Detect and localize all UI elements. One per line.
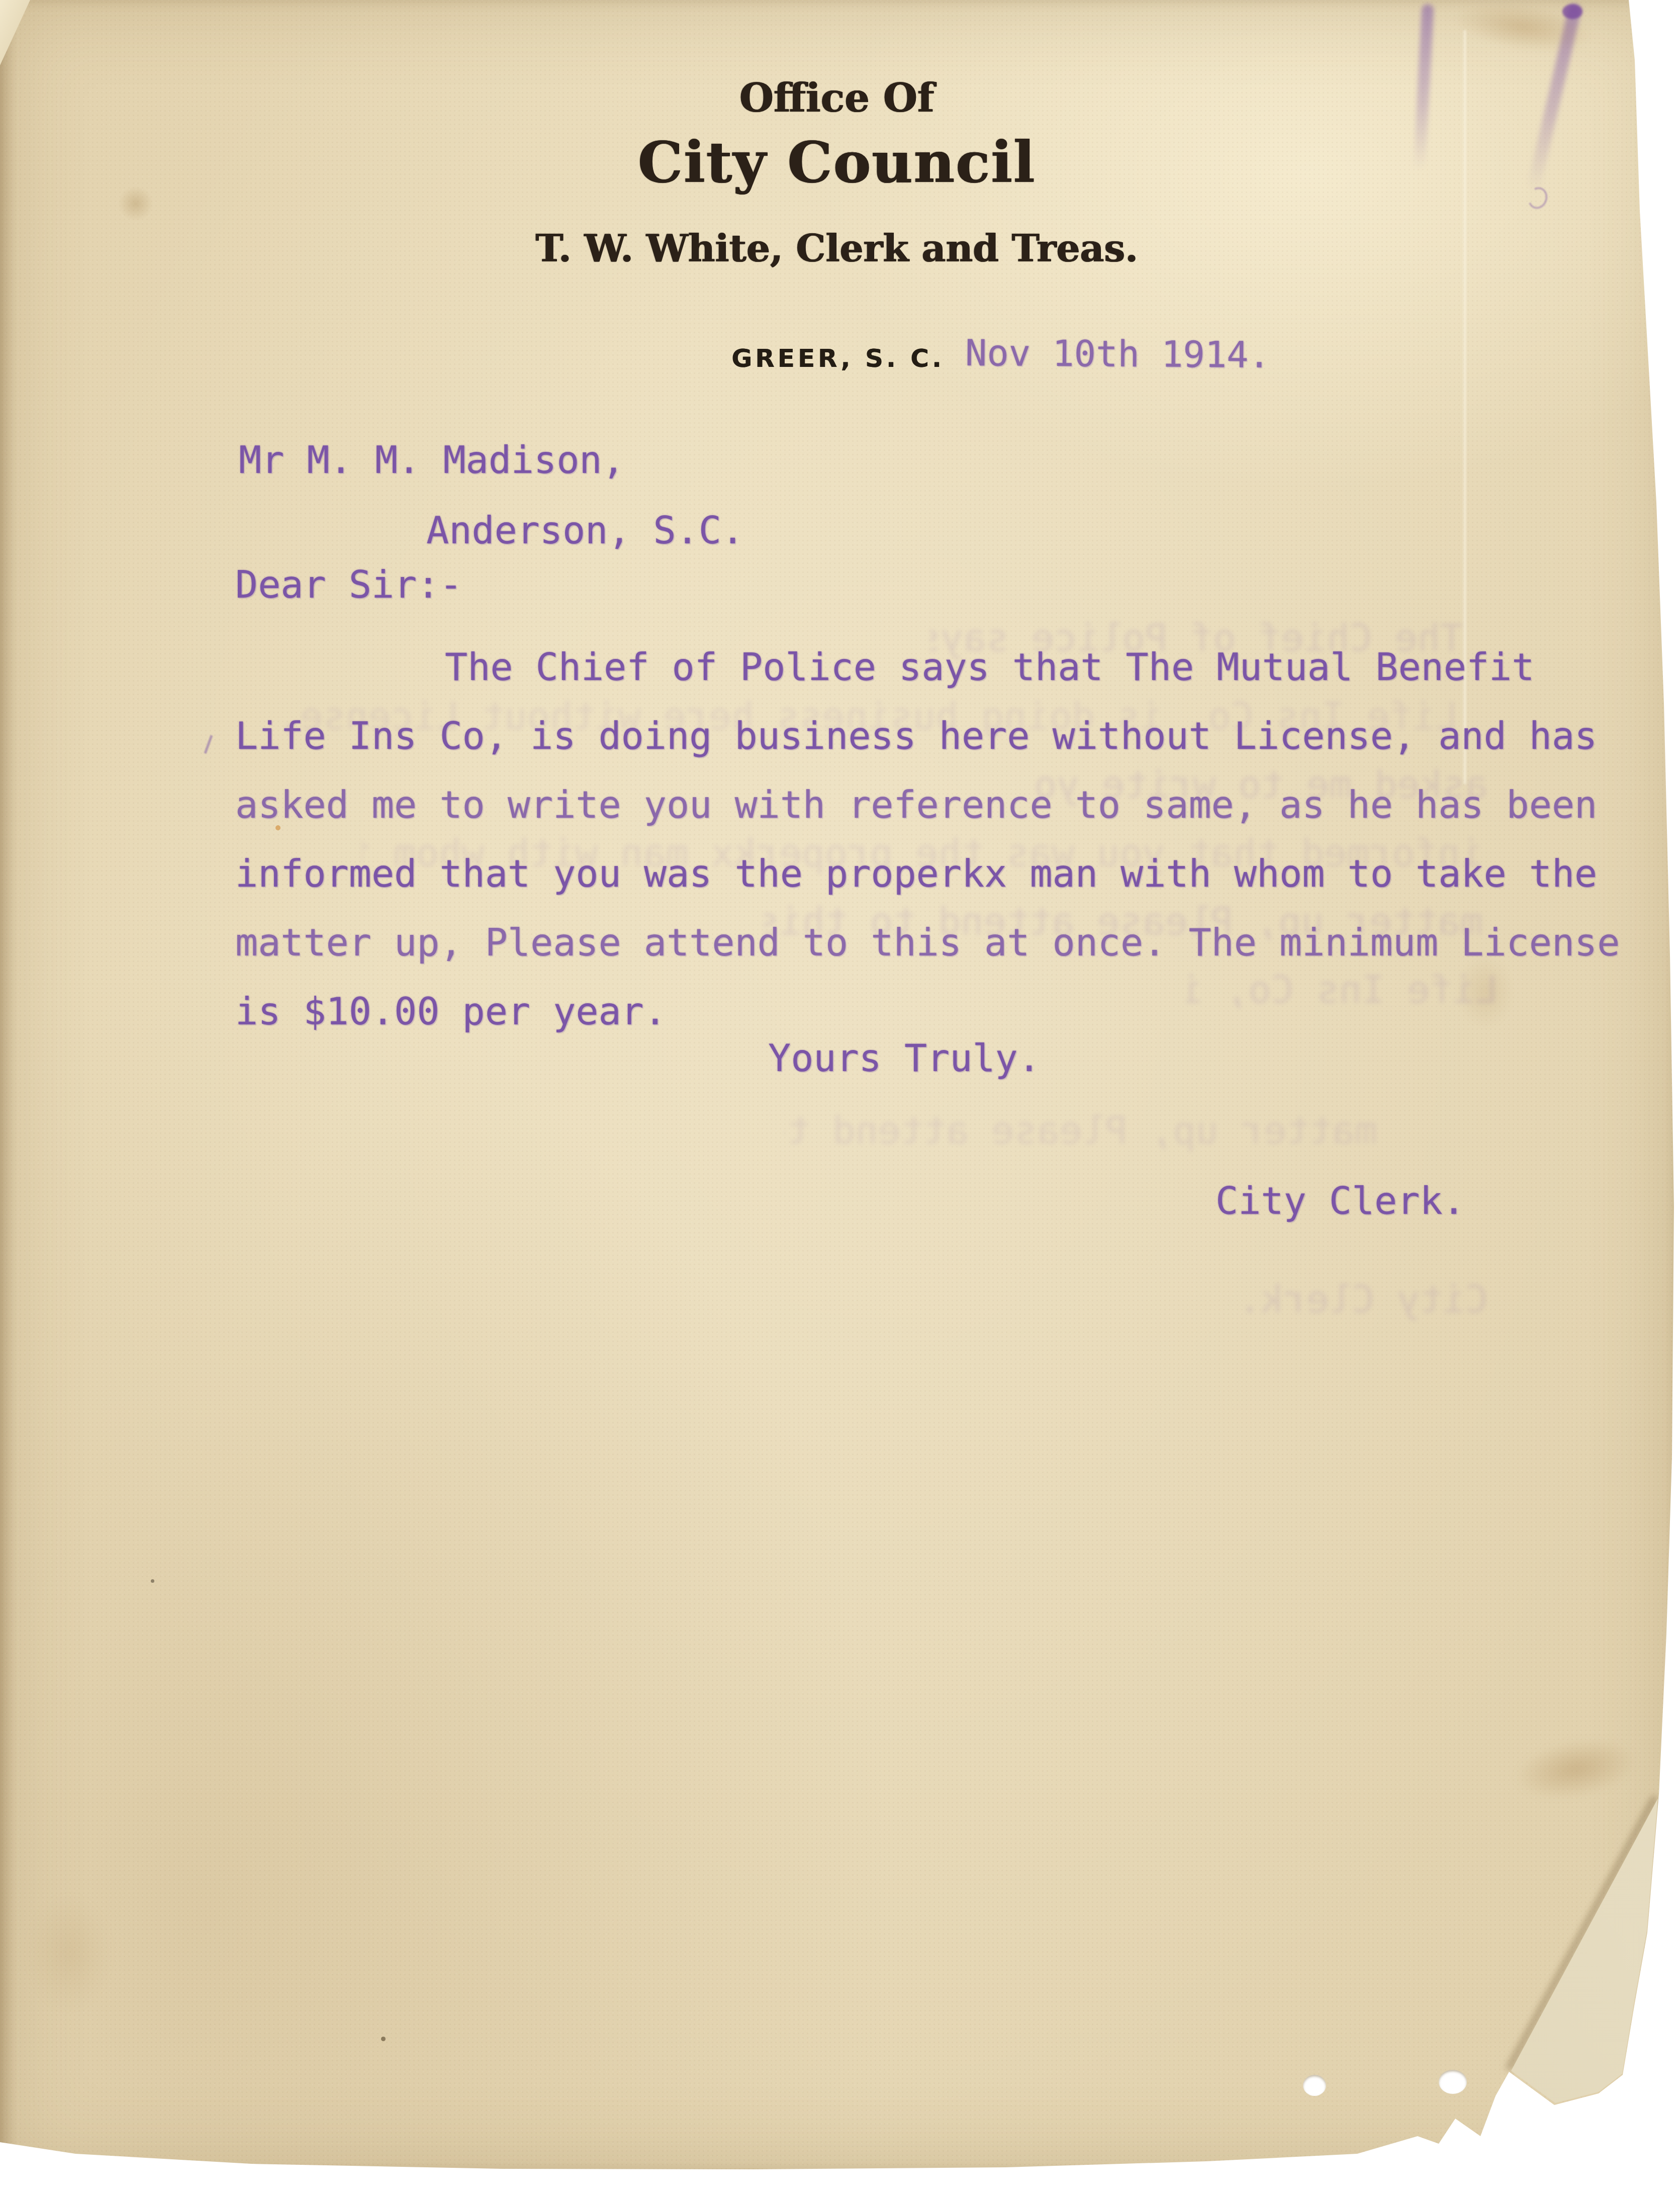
- body-line: asked me to write you with reference to …: [235, 786, 1597, 824]
- body-line: matter up, Please attend to this at once…: [235, 924, 1620, 962]
- recipient-address: Anderson, S.C.: [426, 512, 744, 549]
- letterhead-officer-line: T. W. White, Clerk and Treas.: [535, 227, 1138, 270]
- fold-crease-shadow: [1506, 1795, 1658, 2071]
- signature-city-clerk: City Clerk.: [1216, 1182, 1465, 1220]
- foxing-stain: [118, 186, 153, 221]
- paper-hole: [1303, 2075, 1326, 2096]
- purple-pencil-streak: [1413, 4, 1434, 170]
- paper-left-edge-shading: [0, 0, 17, 2172]
- paper-speck: [151, 1579, 154, 1583]
- letterhead-organization: City Council: [637, 130, 1035, 196]
- ghost-impression: matter up, Please attend to this at once…: [784, 1112, 1377, 1153]
- folded-corner: [0, 0, 1676, 2172]
- salutation: Dear Sir:-: [235, 566, 462, 604]
- body-line: The Chief of Police says that The Mutual…: [445, 648, 1534, 686]
- foxing-stain: [1458, 955, 1513, 1028]
- body-line: is $10.00 per year.: [235, 993, 667, 1030]
- body-line: informed that you was the properkx man w…: [235, 855, 1597, 893]
- purple-pencil-streak: [1527, 3, 1582, 192]
- typed-date: Nov 10th 1914.: [965, 335, 1270, 373]
- purple-streak-head: [1562, 4, 1582, 19]
- ink-squiggle: [1525, 184, 1551, 212]
- recipient-name: Mr M. M. Madison,: [239, 441, 625, 479]
- ghost-impression: City Clerk.: [1156, 1281, 1488, 1322]
- letterhead-place-label: GREER, S. C.: [731, 344, 945, 373]
- stray-ink-slash: [204, 735, 213, 753]
- paper-hole: [1439, 2070, 1467, 2094]
- paper-speck: [381, 2037, 386, 2041]
- letterhead-office-of: Office Of: [739, 75, 934, 121]
- ghost-impression: Life Ins Co, is doing business here with…: [1186, 971, 1498, 1012]
- body-line: Life Ins Co, is doing business here with…: [235, 717, 1597, 755]
- letter-paper: The Chief of Police says that The Mutual…: [0, 0, 1676, 2172]
- foxing-stain: [28, 1895, 111, 2010]
- foxing-stain: [1509, 1730, 1643, 1808]
- valediction: Yours Truly.: [768, 1039, 1041, 1077]
